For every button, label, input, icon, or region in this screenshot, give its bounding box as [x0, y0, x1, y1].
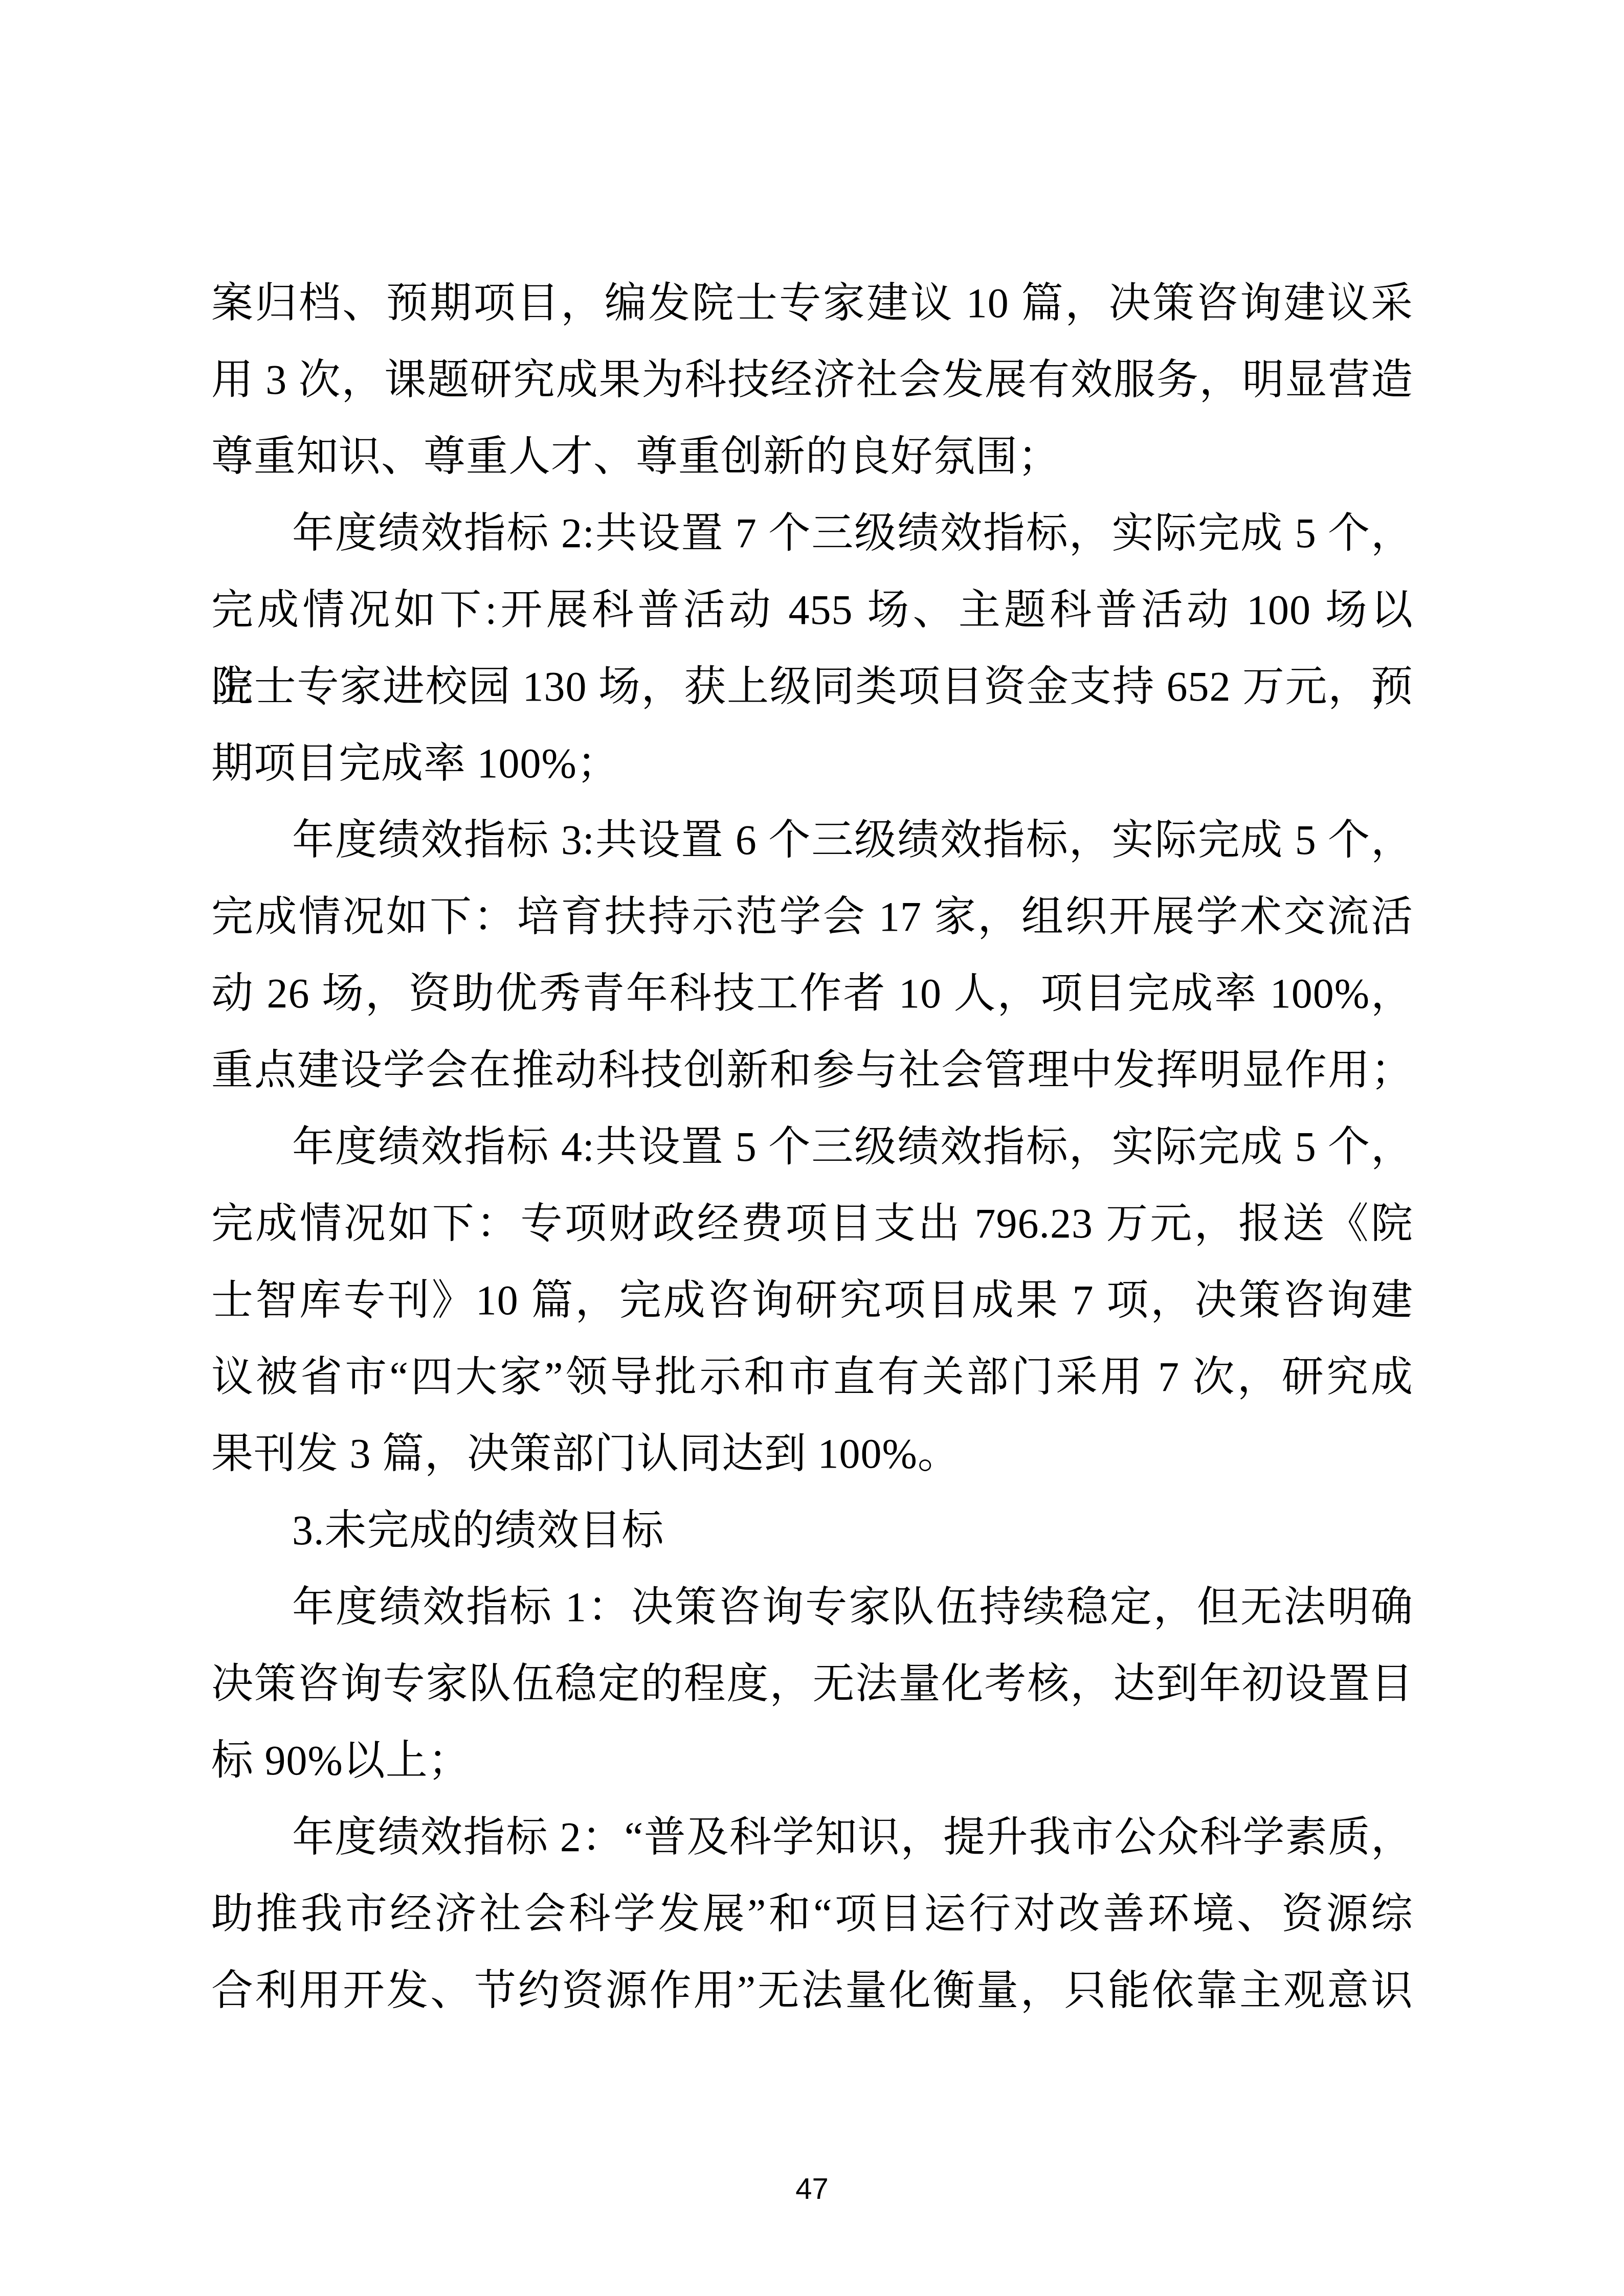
text-line: 动 26 场，资助优秀青年科技工作者 10 人，项目完成率 100%，	[211, 955, 1413, 1032]
text-line: 重点建设学会在推动科技创新和参与社会管理中发挥明显作用；	[211, 1032, 1413, 1109]
text-line: 完成情况如下：培育扶持示范学会 17 家，组织开展学术交流活	[211, 879, 1413, 955]
text-line: 合利用开发、节约资源作用”无法量化衡量，只能依靠主观意识	[211, 1952, 1413, 2029]
text-line: 完成情况如下:开展科普活动 455 场、主题科普活动 100 场以上，	[211, 572, 1413, 648]
text-line: 议被省市“四大家”领导批示和市直有关部门采用 7 次，研究成	[211, 1339, 1413, 1415]
text-line: 年度绩效指标 2:共设置 7 个三级绩效指标，实际完成 5 个，	[211, 495, 1413, 572]
body-text: 案归档、预期项目，编发院士专家建议 10 篇，决策咨询建议采用 3 次，课题研究…	[211, 265, 1413, 2029]
text-line: 完成情况如下：专项财政经费项目支出 796.23 万元，报送《院	[211, 1185, 1413, 1262]
text-line: 院士专家进校园 130 场，获上级同类项目资金支持 652 万元，预	[211, 648, 1413, 725]
text-line: 案归档、预期项目，编发院士专家建议 10 篇，决策咨询建议采	[211, 265, 1413, 342]
text-line: 年度绩效指标 3:共设置 6 个三级绩效指标，实际完成 5 个，	[211, 802, 1413, 879]
document-page: 案归档、预期项目，编发院士专家建议 10 篇，决策咨询建议采用 3 次，课题研究…	[0, 0, 1624, 2296]
text-line: 期项目完成率 100%；	[211, 725, 1413, 802]
text-line: 尊重知识、尊重人才、尊重创新的良好氛围；	[211, 418, 1413, 495]
text-line: 士智库专刊》10 篇，完成咨询研究项目成果 7 项，决策咨询建	[211, 1262, 1413, 1339]
text-line: 果刊发 3 篇，决策部门认同达到 100%。	[211, 1415, 1413, 1492]
text-line: 助推我市经济社会科学发展”和“项目运行对改善环境、资源综	[211, 1876, 1413, 1952]
text-line: 年度绩效指标 1：决策咨询专家队伍持续稳定，但无法明确	[211, 1569, 1413, 1646]
text-line: 决策咨询专家队伍稳定的程度，无法量化考核，达到年初设置目	[211, 1646, 1413, 1722]
page-number: 47	[0, 2171, 1624, 2207]
text-line: 年度绩效指标 4:共设置 5 个三级绩效指标，实际完成 5 个，	[211, 1109, 1413, 1185]
text-line: 用 3 次，课题研究成果为科技经济社会发展有效服务，明显营造	[211, 342, 1413, 418]
text-line: 3.未完成的绩效目标	[211, 1492, 1413, 1569]
text-line: 标 90%以上；	[211, 1722, 1413, 1799]
text-line: 年度绩效指标 2：“普及科学知识，提升我市公众科学素质，	[211, 1799, 1413, 1876]
